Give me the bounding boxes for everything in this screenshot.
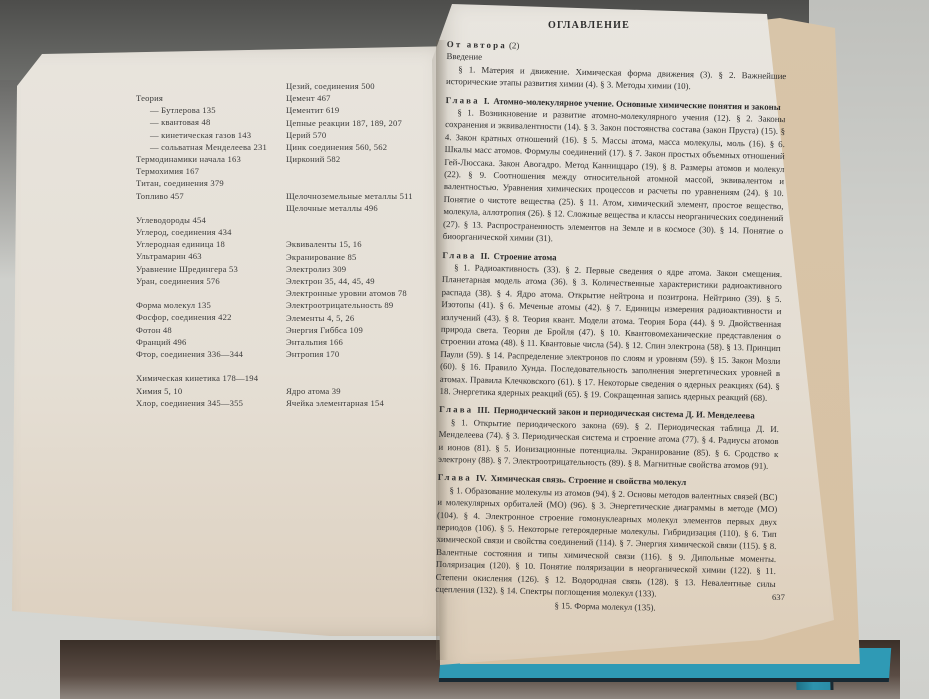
table-of-contents: От автора (2) Введение § 1. Материя и дв… xyxy=(435,38,787,619)
index-entry: Церий 570 xyxy=(286,129,413,141)
index-entry: — квантовая 48 xyxy=(136,116,267,128)
index-entry: Электролиз 309 xyxy=(286,263,413,275)
index-entry: Энтропия 170 xyxy=(286,348,413,360)
index-entry: Цирконий 582 xyxy=(286,153,413,165)
chapter-number: IV. xyxy=(476,473,487,483)
page-number: 637 xyxy=(772,592,785,602)
index-spacer xyxy=(286,165,413,177)
index-entry: Щелочноземельные металлы 511 xyxy=(286,190,413,202)
index-entry: Химическая кинетика 178—194 xyxy=(136,372,267,384)
chapter-title: Строение атома xyxy=(493,251,556,262)
index-entry: — Бутлерова 135 xyxy=(136,104,267,116)
chapter-label: Глава xyxy=(446,95,480,106)
chapter-label: Глава xyxy=(442,249,476,260)
index-entry: Ультрамарин 463 xyxy=(136,250,267,262)
chapter-number: III. xyxy=(477,405,490,415)
chapter-sections: § 1. Радиоактивность (33). § 2. Первые с… xyxy=(439,261,782,405)
index-spacer xyxy=(286,178,413,190)
index-entry: Электрон 35, 44, 45, 49 xyxy=(286,275,413,287)
index-entry: Энергия Гиббса 109 xyxy=(286,324,413,336)
chapter-sections: § 1. Открытие периодического закона (69)… xyxy=(438,416,779,473)
index-spacer xyxy=(286,226,413,238)
index-entry: Цинк соединения 560, 562 xyxy=(286,141,413,153)
index-spacer xyxy=(286,214,413,226)
index-entry: Цемент 467 xyxy=(286,92,413,104)
index-entry: Фосфор, соединения 422 xyxy=(136,311,267,323)
index-entry: Цепные реакции 187, 189, 207 xyxy=(286,117,413,129)
index-spacer xyxy=(286,373,413,385)
index-entry: Хлор, соединения 345—355 xyxy=(136,397,267,409)
index-entry: Электроотрицательность 89 xyxy=(286,299,413,311)
index-entry: Электронные уровни атомов 78 xyxy=(286,287,413,299)
index-entry: Эквиваленты 15, 16 xyxy=(286,238,413,250)
chapter-sections: § 1. Возникновение и развитие атомно-мол… xyxy=(443,106,786,250)
index-entry: Цезий, соединения 500 xyxy=(286,80,413,92)
index-entry: Термохимия 167 xyxy=(136,165,267,177)
index-entry: Уравнение Шредингера 53 xyxy=(136,263,267,275)
index-entry: Углеводороды 454 xyxy=(136,214,267,226)
index-spacer xyxy=(136,360,267,372)
index-entry: Элементы 4, 5, 26 xyxy=(286,312,413,324)
chapter-label: Глава xyxy=(439,404,473,415)
from-author-label: От автора xyxy=(447,39,507,50)
index-entry: Углеродная единица 18 xyxy=(136,238,267,250)
index-entry: Химия 5, 10 xyxy=(136,385,267,397)
chapter-number: II. xyxy=(480,250,489,260)
index-spacer xyxy=(136,287,267,299)
index-entry: — кинетическая газов 143 xyxy=(136,129,267,141)
index-entry: Цементит 619 xyxy=(286,104,413,116)
index-entry: Ядро атома 39 xyxy=(286,385,413,397)
index-entry: Щелочные металлы 496 xyxy=(286,202,413,214)
index-entry: Экранирование 85 xyxy=(286,251,413,263)
index-entry: — сольватная Менделеева 231 xyxy=(136,141,267,153)
index-entry: Энтальпия 166 xyxy=(286,336,413,348)
toc-chapters: ГлаваI.Атомно-молекулярное учение. Основ… xyxy=(435,94,786,617)
index-entry: Уран, соединения 576 xyxy=(136,275,267,287)
index-entry: Форма молекул 135 xyxy=(136,299,267,311)
from-author-page: (2) xyxy=(509,40,519,50)
chapter-number: I. xyxy=(484,95,490,105)
toc-title: ОГЛАВЛЕНИЕ xyxy=(548,20,630,31)
index-entry: Термодинамики начала 163 xyxy=(136,153,267,165)
index-entry: Топливо 457 xyxy=(136,190,267,202)
index-entry: Теория xyxy=(136,92,267,104)
index-column-left: Теория— Бутлерова 135— квантовая 48— кин… xyxy=(136,92,267,409)
index-entry: Фотон 48 xyxy=(136,324,267,336)
index-spacer xyxy=(136,202,267,214)
chapter-label: Глава xyxy=(438,472,472,483)
index-spacer xyxy=(286,360,413,372)
index-entry: Ячейка элементарная 154 xyxy=(286,397,413,409)
index-entry: Титан, соединения 379 xyxy=(136,177,267,189)
index-entry: Фтор, соединения 336—344 xyxy=(136,348,267,360)
index-column-right: Цезий, соединения 500Цемент 467Цементит … xyxy=(286,80,413,409)
chapter-sections: § 1. Образование молекулы из атомов (94)… xyxy=(435,484,777,603)
index-entry: Франций 496 xyxy=(136,336,267,348)
index-entry: Углерод, соединения 434 xyxy=(136,226,267,238)
